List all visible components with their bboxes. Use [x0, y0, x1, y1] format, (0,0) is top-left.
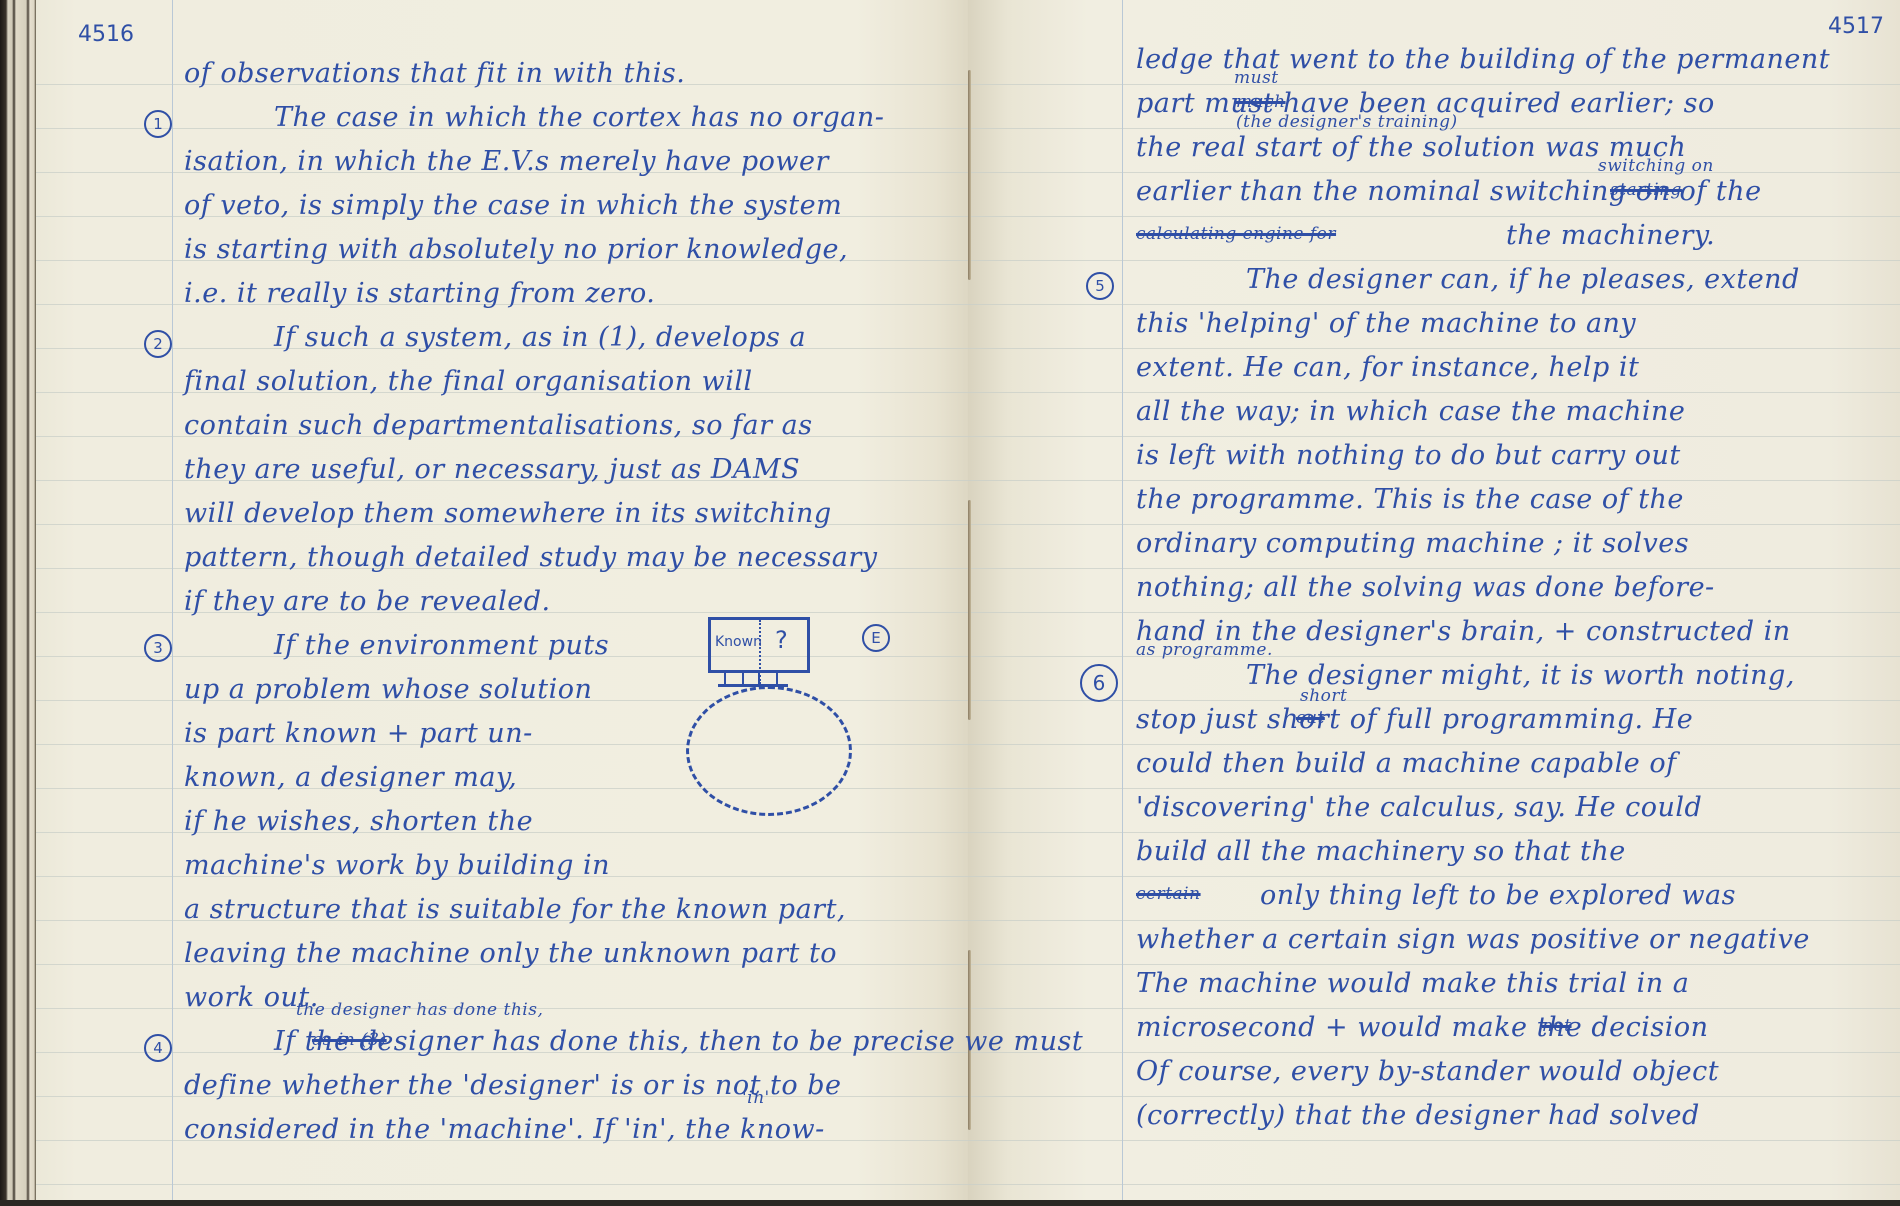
handwritten-line: pattern, though detailed study may be ne… — [184, 542, 878, 573]
handwritten-line: is part known + part un- — [184, 718, 533, 749]
handwritten-insertion: must — [1234, 68, 1279, 88]
ruled-line — [968, 744, 1900, 745]
handwritten-line: all the way; in which case the machine — [1136, 396, 1685, 427]
handwritten-line: a structure that is suitable for the kno… — [184, 894, 846, 925]
ruled-line — [968, 172, 1900, 173]
handwritten-line: The machine would make this trial in a — [1136, 968, 1689, 999]
struck-out-text: certain — [1136, 884, 1201, 904]
ruled-line — [968, 392, 1900, 393]
handwritten-line: the machinery. — [1506, 220, 1715, 251]
ruled-line — [968, 1052, 1900, 1053]
section-number-circle: 2 — [144, 330, 172, 358]
handwritten-line: 'discovering' the calculus, say. He coul… — [1136, 792, 1702, 823]
binding-stitch — [968, 70, 971, 280]
ruled-line — [968, 84, 1900, 85]
ruled-line — [968, 832, 1900, 833]
handwritten-insertion: short — [1300, 686, 1347, 706]
struck-out-text: much — [1236, 92, 1286, 112]
left-margin-line — [172, 0, 173, 1200]
handwritten-line: The designer can, if he pleases, extend — [1246, 264, 1800, 295]
handwritten-line: Of course, every by-stander would object — [1136, 1056, 1719, 1087]
ruled-line — [968, 1140, 1900, 1141]
ruled-line — [968, 1184, 1900, 1185]
notebook-bottom-edge — [0, 1200, 1900, 1206]
ruled-line — [968, 788, 1900, 789]
right-page-number: 4517 — [1828, 14, 1884, 39]
diagram-known-label: Known — [715, 634, 762, 650]
handwritten-insertion: as programme. — [1136, 640, 1273, 660]
section-number-circle: 6 — [1080, 664, 1118, 702]
handwritten-line: (correctly) that the designer had solved — [1136, 1100, 1700, 1131]
handwritten-line: If the designer has done this, then to b… — [274, 1026, 1083, 1057]
handwritten-line: up a problem whose solution — [184, 674, 592, 705]
right-margin-line — [1122, 0, 1123, 1200]
handwritten-line: contain such departmentalisations, so fa… — [184, 410, 813, 441]
handwritten-line: leaving the machine only the unknown par… — [184, 938, 837, 969]
handwritten-line: The case in which the cortex has no orga… — [274, 102, 884, 133]
handwritten-line: considered in the 'machine'. If 'in', th… — [184, 1114, 825, 1145]
handwritten-line: will develop them somewhere in its switc… — [184, 498, 832, 529]
handwritten-line: nothing; all the solving was done before… — [1136, 572, 1715, 603]
ruled-line — [968, 216, 1900, 217]
section-number-circle: 1 — [144, 110, 172, 138]
ruled-line — [36, 1184, 968, 1185]
handwritten-line: they are useful, or necessary, just as D… — [184, 454, 800, 485]
section-number-circle: 3 — [144, 634, 172, 662]
handwritten-line: build all the machinery so that the — [1136, 836, 1626, 867]
handwritten-line: ordinary computing machine ; it solves — [1136, 528, 1689, 559]
struck-out-text: cut — [1296, 708, 1325, 728]
handwritten-line: If the environment puts — [274, 630, 609, 661]
ruled-line — [968, 1008, 1900, 1009]
handwritten-line: whether a certain sign was positive or n… — [1136, 924, 1810, 955]
ruled-line — [968, 700, 1900, 701]
diagram-known-unknown-box: Known ? — [708, 617, 810, 673]
handwritten-insertion: 'in' — [742, 1088, 770, 1108]
struck-out-text: not — [1542, 1016, 1572, 1036]
handwritten-line: is left with nothing to do but carry out — [1136, 440, 1681, 471]
left-page-number: 4516 — [78, 22, 134, 47]
handwritten-insertion: the designer has done this, — [296, 1000, 543, 1020]
ruled-line — [968, 524, 1900, 525]
environment-marker: E — [862, 624, 890, 652]
handwritten-line: isation, in which the E.V.s merely have … — [184, 146, 829, 177]
section-number-circle: 4 — [144, 1034, 172, 1062]
handwritten-insertion: switching on — [1598, 156, 1714, 176]
handwritten-line: of veto, is simply the case in which the… — [184, 190, 842, 221]
binding-stitch — [968, 500, 971, 720]
struck-out-text: as in (3) — [312, 1030, 387, 1050]
ruled-line — [968, 612, 1900, 613]
handwritten-line: the programme. This is the case of the — [1136, 484, 1684, 515]
handwritten-line: if they are to be revealed. — [184, 586, 551, 617]
ruled-line — [968, 304, 1900, 305]
ruled-line — [968, 480, 1900, 481]
ruled-line — [968, 348, 1900, 349]
struck-out-text: starting — [1610, 180, 1682, 200]
ruled-line — [968, 964, 1900, 965]
struck-out-text: calculating engine for — [1136, 224, 1336, 244]
handwritten-line: final solution, the final organisation w… — [184, 366, 753, 397]
ruled-line — [968, 920, 1900, 921]
ruled-line — [968, 1096, 1900, 1097]
ruled-line — [968, 876, 1900, 877]
diagram-unknown-label: ? — [775, 626, 788, 654]
handwritten-line: this 'helping' of the machine to any — [1136, 308, 1636, 339]
handwritten-line: known, a designer may, — [184, 762, 517, 793]
diagram-connection-legs — [718, 670, 788, 687]
ruled-line — [968, 656, 1900, 657]
diagram-dashed-environment-circle — [686, 686, 852, 816]
notebook-page-stack-edge — [0, 0, 36, 1206]
handwritten-line: of observations that fit in with this. — [184, 58, 685, 89]
handwritten-line: stop just short of full programming. He — [1136, 704, 1693, 735]
handwritten-line: i.e. it really is starting from zero. — [184, 278, 655, 309]
handwritten-line: only thing left to be explored was — [1260, 880, 1736, 911]
ruled-line — [968, 568, 1900, 569]
handwritten-line: is starting with absolutely no prior kno… — [184, 234, 848, 265]
section-number-circle: 5 — [1086, 272, 1114, 300]
handwritten-line: machine's work by building in — [184, 850, 610, 881]
handwritten-line: microsecond + would make the decision — [1136, 1012, 1709, 1043]
ruled-line — [968, 436, 1900, 437]
handwritten-line: extent. He can, for instance, help it — [1136, 352, 1639, 383]
handwritten-line: could then build a machine capable of — [1136, 748, 1677, 779]
ruled-line — [968, 260, 1900, 261]
handwritten-insertion: (the designer's training) — [1236, 112, 1458, 132]
handwritten-line: If such a system, as in (1), develops a — [274, 322, 806, 353]
handwritten-line: if he wishes, shorten the — [184, 806, 533, 837]
